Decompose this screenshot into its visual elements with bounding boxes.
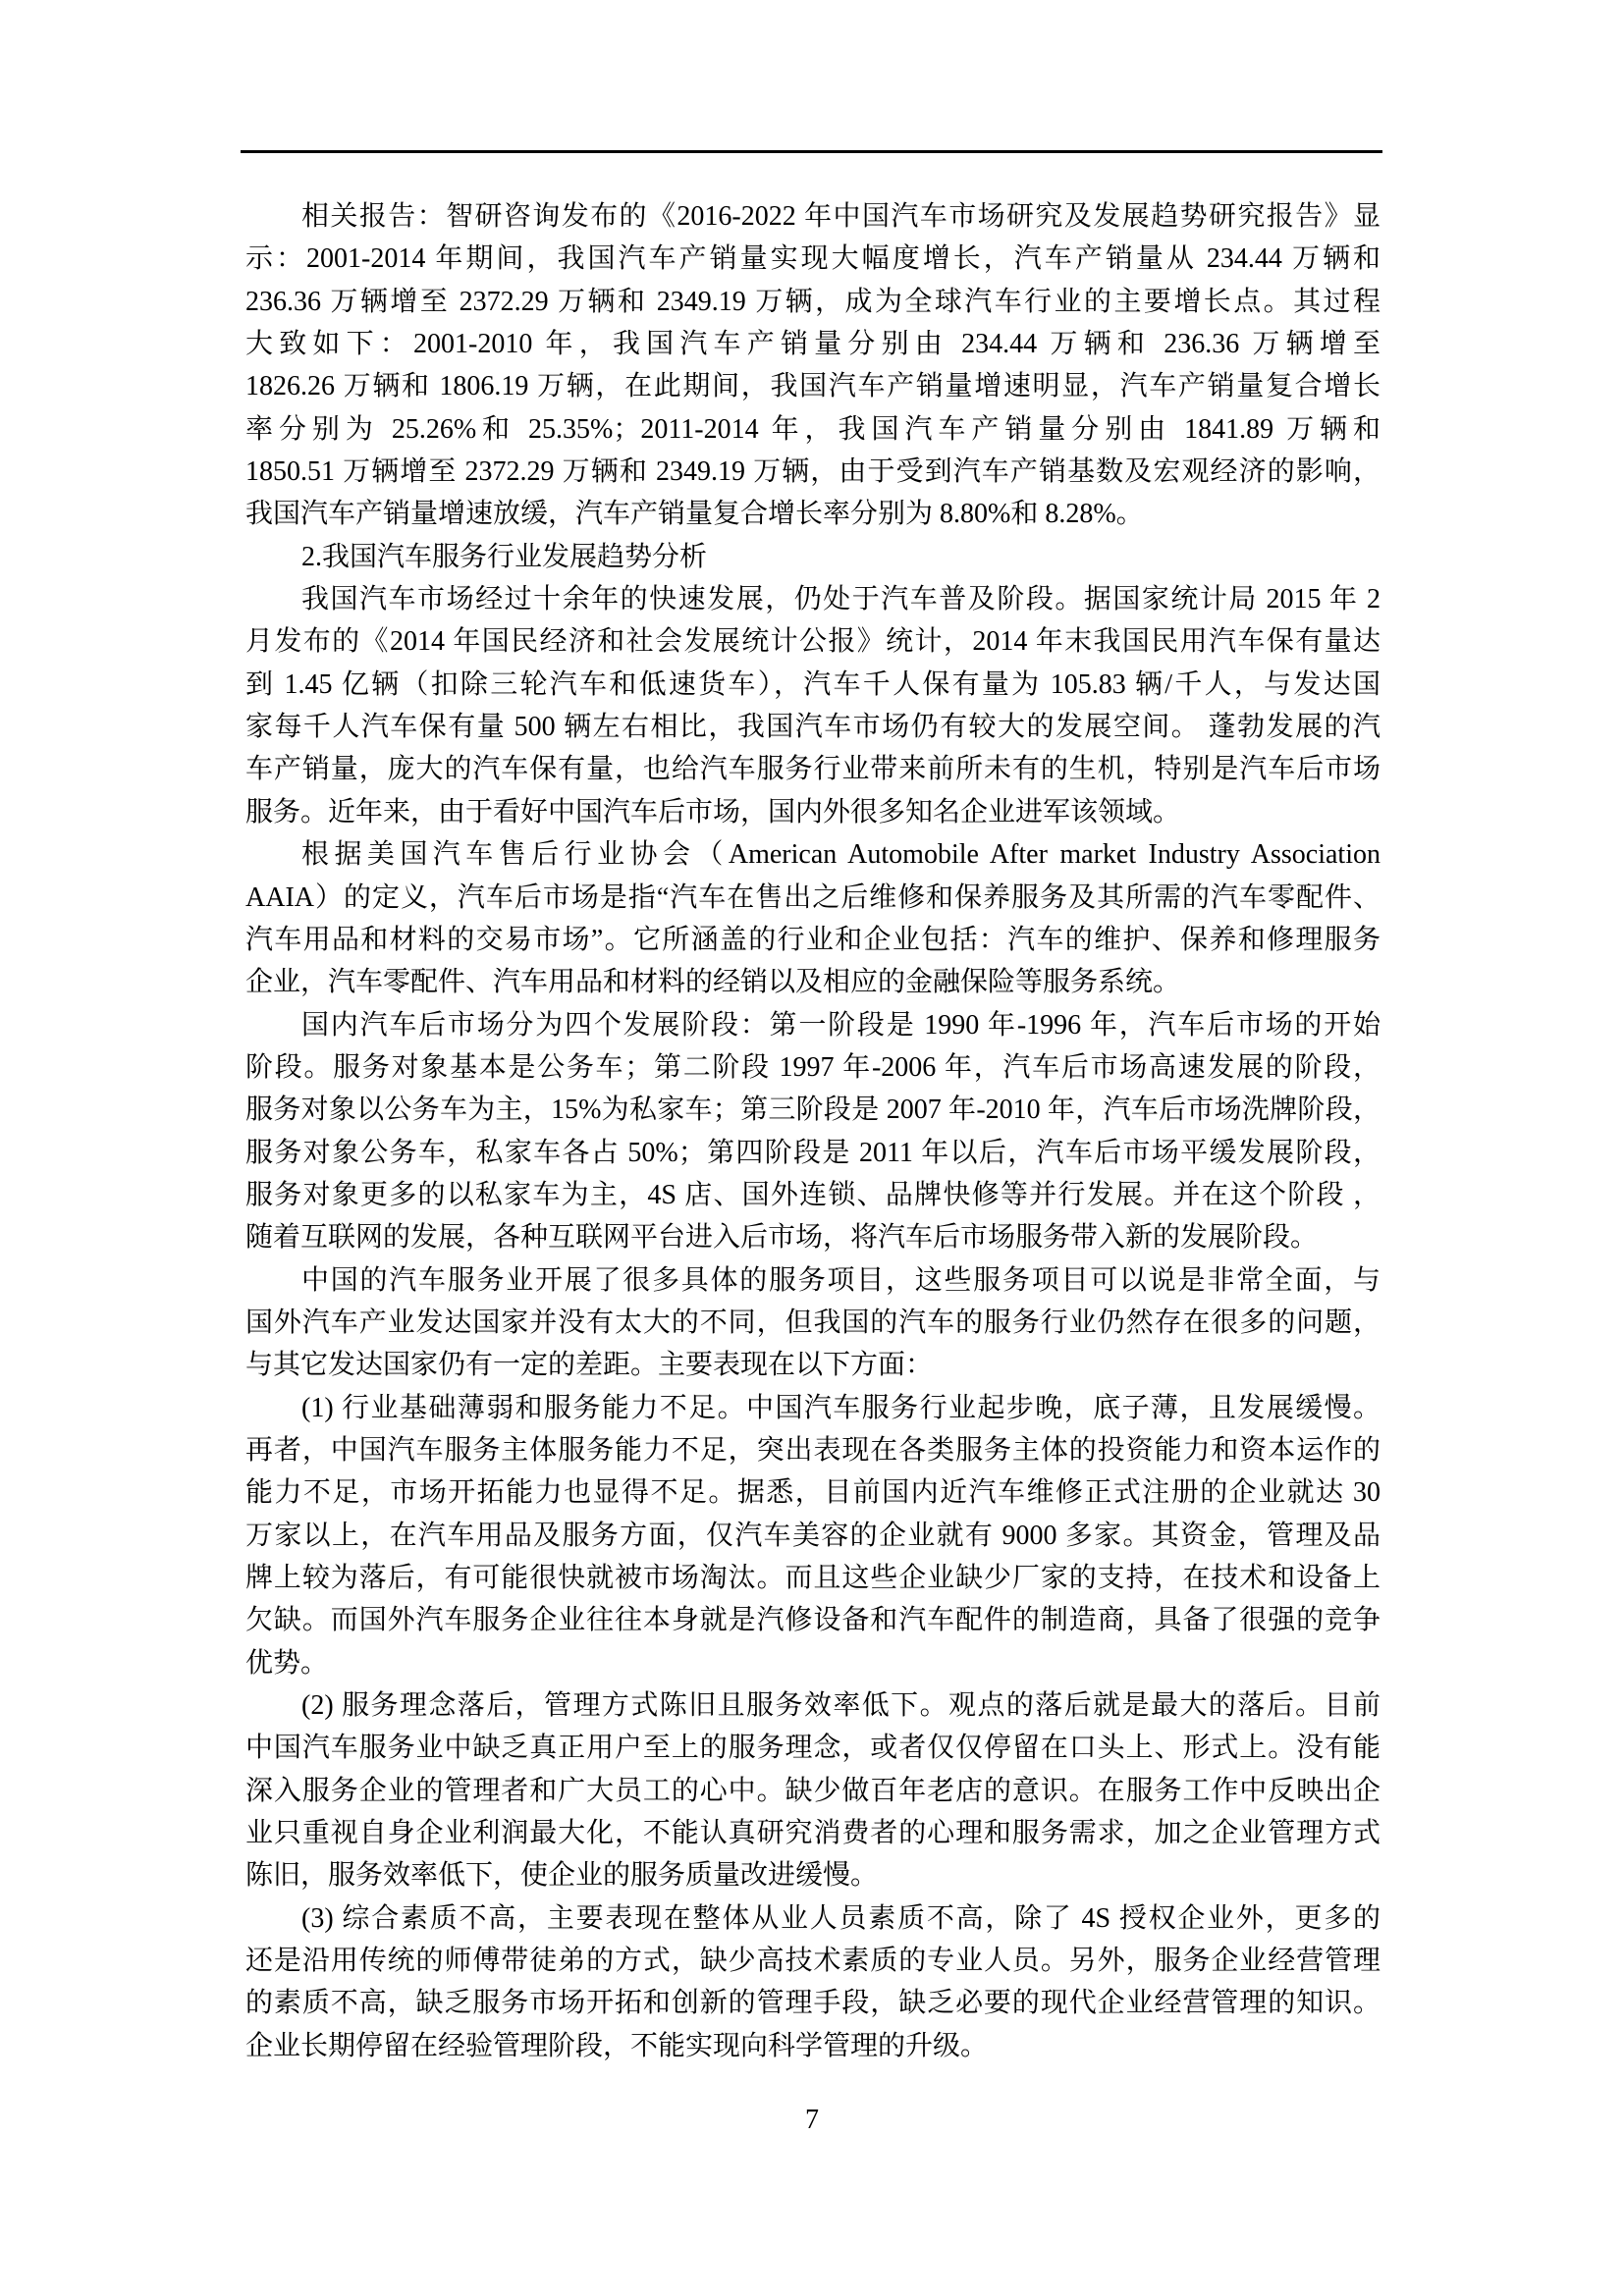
text-line: 相关报告：智研咨询发布的《2016-2022 年中国汽车市场研究及发展趋势研究报… xyxy=(245,195,1380,238)
text-line: 还是沿用传统的师傅带徒弟的方式，缺少高技术素质的专业人员。另外，服务企业经营管理 xyxy=(245,1940,1380,1982)
section-heading-text: 2.我国汽车服务行业发展趋势分析 xyxy=(245,536,1380,578)
text-line: 汽车用品和材料的交易市场”。它所涵盖的行业和企业包括：汽车的维护、保养和修理服务 xyxy=(245,919,1380,961)
text-line: 优势。 xyxy=(245,1642,1380,1684)
document-page: 相关报告：智研咨询发布的《2016-2022 年中国汽车市场研究及发展趋势研究报… xyxy=(0,0,1624,2296)
text-line: 与其它发达国家仍有一定的差距。主要表现在以下方面： xyxy=(245,1344,1380,1386)
text-line: 万家以上，在汽车用品及服务方面，仅汽车美容的企业就有 9000 多家。其资金，管… xyxy=(245,1515,1380,1557)
paragraph-problem-1: (1) 行业基础薄弱和服务能力不足。中国汽车服务行业起步晚，底子薄，且发展缓慢。… xyxy=(245,1387,1380,1684)
page-number: 7 xyxy=(0,2101,1624,2140)
text-line: 率分别为 25.26%和 25.35%；2011-2014 年，我国汽车产销量分… xyxy=(245,408,1380,451)
text-line: 我国汽车市场经过十余年的快速发展，仍处于汽车普及阶段。据国家统计局 2015 年… xyxy=(245,578,1380,620)
text-line: 牌上较为落后，有可能很快就被市场淘汰。而且这些企业缺少厂家的支持，在技术和设备上 xyxy=(245,1557,1380,1599)
text-line: 陈旧，服务效率低下，使企业的服务质量改进缓慢。 xyxy=(245,1854,1380,1896)
text-line: 车产销量，庞大的汽车保有量，也给汽车服务行业带来前所未有的生机，特别是汽车后市场 xyxy=(245,748,1380,790)
text-line: 的素质不高，缺乏服务市场开拓和创新的管理手段，缺乏必要的现代企业经营管理的知识。 xyxy=(245,1982,1380,2024)
text-line: 家每千人汽车保有量 500 辆左右相比，我国汽车市场仍有较大的发展空间。 蓬勃发… xyxy=(245,706,1380,748)
text-line: 大致如下：2001-2010 年，我国汽车产销量分别由 234.44 万辆和 2… xyxy=(245,323,1380,365)
text-line: 阶段。服务对象基本是公务车；第二阶段 1997 年-2006 年，汽车后市场高速… xyxy=(245,1046,1380,1089)
text-line: 服务对象更多的以私家车为主，4S 店、国外连锁、品牌快修等并行发展。并在这个阶段… xyxy=(245,1174,1380,1216)
text-line: 服务。近年来，由于看好中国汽车后市场，国内外很多知名企业进军该领域。 xyxy=(245,791,1380,833)
text-line: 服务对象公务车，私家车各占 50%；第四阶段是 2011 年以后，汽车后市场平缓… xyxy=(245,1132,1380,1174)
paragraph-market-report: 相关报告：智研咨询发布的《2016-2022 年中国汽车市场研究及发展趋势研究报… xyxy=(245,195,1380,536)
text-line: 企业，汽车零配件、汽车用品和材料的经销以及相应的金融保险等服务系统。 xyxy=(245,961,1380,1003)
text-line: 月发布的《2014 年国民经济和社会发展统计公报》统计，2014 年末我国民用汽… xyxy=(245,620,1380,663)
text-line: 国外汽车产业发达国家并没有太大的不同，但我国的汽车的服务行业仍然存在很多的问题， xyxy=(245,1302,1380,1344)
text-line: 中国的汽车服务业开展了很多具体的服务项目，这些服务项目可以说是非常全面，与 xyxy=(245,1259,1380,1302)
text-line: 1850.51 万辆增至 2372.29 万辆和 2349.19 万辆，由于受到… xyxy=(245,451,1380,493)
paragraph-development-stages: 国内汽车后市场分为四个发展阶段：第一阶段是 1990 年-1996 年，汽车后市… xyxy=(245,1004,1380,1259)
header-rule xyxy=(241,150,1382,153)
text-line: 1826.26 万辆和 1806.19 万辆，在此期间，我国汽车产销量增速明显，… xyxy=(245,365,1380,407)
paragraph-problem-3: (3) 综合素质不高，主要表现在整体从业人员素质不高，除了 4S 授权企业外，更… xyxy=(245,1897,1380,2067)
text-line: 随着互联网的发展，各种互联网平台进入后市场，将汽车后市场服务带入新的发展阶段。 xyxy=(245,1216,1380,1258)
text-line: 国内汽车后市场分为四个发展阶段：第一阶段是 1990 年-1996 年，汽车后市… xyxy=(245,1004,1380,1046)
paragraph-aaia-definition: 根据美国汽车售后行业协会（American Automobile After m… xyxy=(245,833,1380,1003)
text-line: (2) 服务理念落后，管理方式陈旧且服务效率低下。观点的落后就是最大的落后。目前 xyxy=(245,1684,1380,1727)
section-heading: 2.我国汽车服务行业发展趋势分析 xyxy=(245,536,1380,578)
text-line: (1) 行业基础薄弱和服务能力不足。中国汽车服务行业起步晚，底子薄，且发展缓慢。 xyxy=(245,1387,1380,1429)
text-line: 根据美国汽车售后行业协会（American Automobile After m… xyxy=(245,833,1380,876)
paragraph-service-problems-intro: 中国的汽车服务业开展了很多具体的服务项目，这些服务项目可以说是非常全面，与 国外… xyxy=(245,1259,1380,1387)
text-line: 我国汽车产销量增速放缓，汽车产销量复合增长率分别为 8.80%和 8.28%。 xyxy=(245,493,1380,535)
paragraph-problem-2: (2) 服务理念落后，管理方式陈旧且服务效率低下。观点的落后就是最大的落后。目前… xyxy=(245,1684,1380,1897)
text-line: (3) 综合素质不高，主要表现在整体从业人员素质不高，除了 4S 授权企业外，更… xyxy=(245,1897,1380,1940)
text-line: 到 1.45 亿辆（扣除三轮汽车和低速货车），汽车千人保有量为 105.83 辆… xyxy=(245,664,1380,706)
text-line: 再者，中国汽车服务主体服务能力不足，突出表现在各类服务主体的投资能力和资本运作的 xyxy=(245,1429,1380,1471)
text-line: 企业长期停留在经验管理阶段，不能实现向科学管理的升级。 xyxy=(245,2025,1380,2067)
text-line: 中国汽车服务业中缺乏真正用户至上的服务理念，或者仅仅停留在口头上、形式上。没有能 xyxy=(245,1727,1380,1769)
text-line: AAIA）的定义，汽车后市场是指“汽车在售出之后维修和保养服务及其所需的汽车零配… xyxy=(245,877,1380,919)
text-line: 236.36 万辆增至 2372.29 万辆和 2349.19 万辆，成为全球汽… xyxy=(245,281,1380,323)
text-line: 服务对象以公务车为主，15%为私家车；第三阶段是 2007 年-2010 年，汽… xyxy=(245,1089,1380,1131)
text-line: 欠缺。而国外汽车服务企业往往本身就是汽修设备和汽车配件的制造商，具备了很强的竞争 xyxy=(245,1599,1380,1641)
text-line: 业只重视自身企业利润最大化，不能认真研究消费者的心理和服务需求，加之企业管理方式 xyxy=(245,1812,1380,1854)
text-line: 示：2001-2014 年期间，我国汽车产销量实现大幅度增长，汽车产销量从 23… xyxy=(245,238,1380,280)
body-text: 相关报告：智研咨询发布的《2016-2022 年中国汽车市场研究及发展趋势研究报… xyxy=(245,195,1380,2067)
text-line: 深入服务企业的管理者和广大员工的心中。缺少做百年老店的意识。在服务工作中反映出企 xyxy=(245,1770,1380,1812)
text-line: 能力不足，市场开拓能力也显得不足。据悉，目前国内近汽车维修正式注册的企业就达 3… xyxy=(245,1471,1380,1514)
paragraph-car-ownership: 我国汽车市场经过十余年的快速发展，仍处于汽车普及阶段。据国家统计局 2015 年… xyxy=(245,578,1380,833)
